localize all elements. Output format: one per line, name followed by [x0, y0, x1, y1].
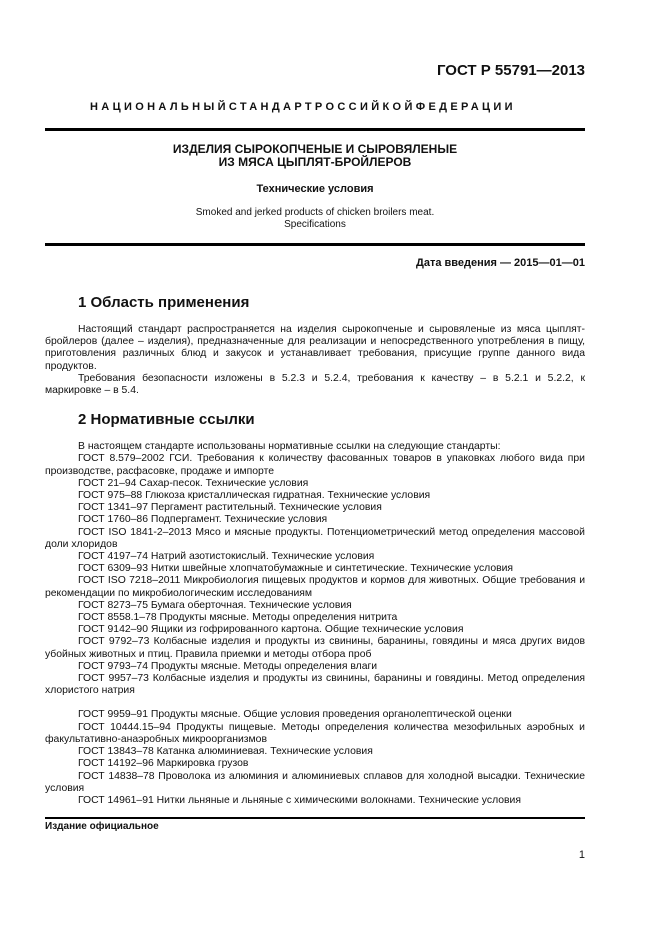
- subtitle: Технические условия: [45, 183, 585, 195]
- english-title-line-2: Specifications: [45, 219, 585, 231]
- normative-references-list: ГОСТ 8.579–2002 ГСИ. Требования к количе…: [45, 453, 585, 697]
- reference-item: ГОСТ 14961–91 Нитки льняные и льняные с …: [45, 795, 585, 807]
- reference-item: ГОСТ 9959–91 Продукты мясные. Общие усло…: [45, 709, 585, 721]
- introduction-date: Дата введения — 2015—01—01: [0, 257, 585, 269]
- section-1-paragraph: Требования безопасности изложены в 5.2.3…: [45, 373, 585, 397]
- reference-item: ГОСТ 10444.15–94 Продукты пищевые. Метод…: [45, 722, 585, 746]
- reference-item: ГОСТ 8558.1–78 Продукты мясные. Методы о…: [45, 612, 585, 624]
- national-standard-banner: НАЦИОНАЛЬНЫЙСТАНДАРТРОССИЙКОЙФЕДЕРАЦИИ: [90, 101, 516, 113]
- reference-item: ГОСТ 8273–75 Бумага оберточная. Техничес…: [45, 600, 585, 612]
- reference-item: ГОСТ 9142–90 Ящики из гофрированного кар…: [45, 624, 585, 636]
- page-number: 1: [0, 849, 585, 861]
- reference-item: ГОСТ 9792–73 Колбасные изделия и продукт…: [45, 636, 585, 660]
- section-2-heading: 2 Нормативные ссылки: [78, 411, 585, 429]
- document-body: 1 Область применения Настоящий стандарт …: [45, 294, 585, 807]
- reference-item: ГОСТ 8.579–2002 ГСИ. Требования к количе…: [45, 453, 585, 477]
- section-2-intro: В настоящем стандарте использованы норма…: [45, 441, 585, 453]
- reference-item: ГОСТ 9793–74 Продукты мясные. Методы опр…: [45, 661, 585, 673]
- reference-item: ГОСТ 21–94 Сахар-песок. Технические усло…: [45, 478, 585, 490]
- reference-item: ГОСТ 14838–78 Проволока из алюминия и ал…: [45, 771, 585, 795]
- reference-item: ГОСТ 14192–96 Маркировка грузов: [45, 758, 585, 770]
- reference-item: ГОСТ 13843–78 Катанка алюминиевая. Техни…: [45, 746, 585, 758]
- reference-item: ГОСТ ISO 1841-2–2013 Мясо и мясные проду…: [45, 527, 585, 551]
- spacer: [45, 697, 585, 709]
- english-title-line-1: Smoked and jerked products of chicken br…: [45, 207, 585, 219]
- title-line-2: ИЗ МЯСА ЦЫПЛЯТ-БРОЙЛЕРОВ: [45, 156, 585, 169]
- section-1-paragraph: Настоящий стандарт распространяется на и…: [45, 324, 585, 373]
- top-divider: [45, 128, 585, 131]
- section-1-heading: 1 Область применения: [78, 294, 585, 312]
- reference-item: ГОСТ 4197–74 Натрий азотистокислый. Техн…: [45, 551, 585, 563]
- document-code: ГОСТ Р 55791—2013: [0, 62, 585, 79]
- title-block: ИЗДЕЛИЯ СЫРОКОПЧЕНЫЕ И СЫРОВЯЛЕНЫЕ ИЗ МЯ…: [45, 143, 585, 231]
- reference-item: ГОСТ 1341–97 Пергамент растительный. Тех…: [45, 502, 585, 514]
- reference-item: ГОСТ 1760–86 Подпергамент. Технические у…: [45, 514, 585, 526]
- reference-item: ГОСТ 6309–93 Нитки швейные хлопчатобумаж…: [45, 563, 585, 575]
- official-edition-label: Издание официальное: [45, 821, 159, 832]
- reference-item: ГОСТ 9957–73 Колбасные изделия и продукт…: [45, 673, 585, 697]
- normative-references-list-continued: ГОСТ 9959–91 Продукты мясные. Общие усло…: [45, 709, 585, 807]
- reference-item: ГОСТ ISO 7218–2011 Микробиология пищевых…: [45, 575, 585, 599]
- reference-item: ГОСТ 975–88 Глюкоза кристаллическая гидр…: [45, 490, 585, 502]
- footer-divider: [45, 817, 585, 819]
- title-divider: [45, 243, 585, 246]
